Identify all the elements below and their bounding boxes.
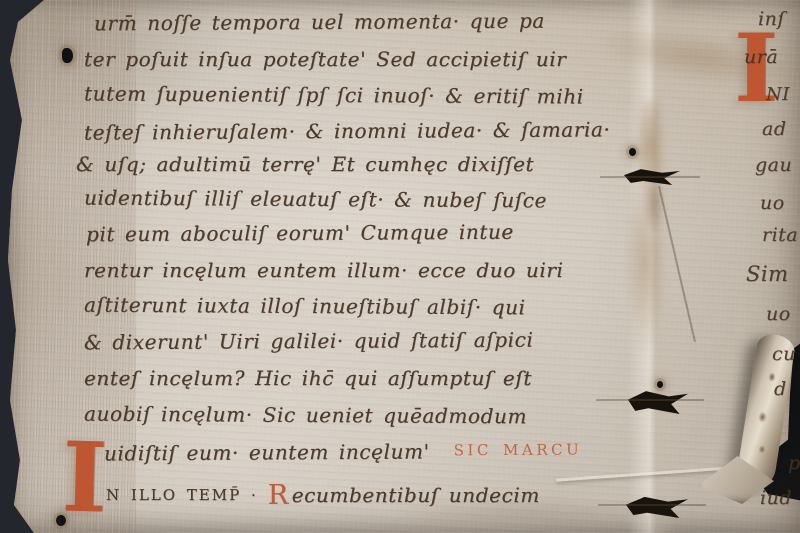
- column-fragment: p: [788, 452, 800, 474]
- text-line: auobiſ incęlum· Sic ueniet quēadmodum: [84, 402, 527, 429]
- text-line: tutem ſupuenientiſ ſpſ ſci inuoſ· & erit…: [84, 81, 584, 108]
- column-fragment: inſ: [758, 8, 785, 30]
- line-text: urm̄ noſſe tempora uel momenta· que pa: [94, 9, 545, 36]
- rubric-sic-marcu: SIC MARCU: [454, 441, 583, 460]
- stitch-crease: [600, 176, 700, 178]
- worm-hole: [62, 48, 73, 63]
- text-line: pit eum aboculiſ eorum' Cumque intue: [86, 220, 514, 247]
- line-text: & dixerunt' Uiri galilei· quid ſtatiſ aſ…: [84, 328, 534, 355]
- text-line: urm̄ noſſe tempora uel momenta· que pa: [94, 9, 545, 36]
- text-line: & dixerunt' Uiri galilei· quid ſtatiſ aſ…: [84, 328, 534, 355]
- line-text: pit eum aboculiſ eorum' Cumque intue: [86, 220, 514, 247]
- column-fragment: d: [774, 378, 787, 400]
- column-fragment: Sim: [746, 262, 789, 286]
- column-fragment: ad: [762, 118, 787, 140]
- column-fragment: NI: [766, 84, 790, 105]
- text-line: uidiſtiſ eum· euntem incęlum'SIC MARCU: [104, 439, 582, 466]
- text-line: rentur incęlum euntem illum· ecce duo ui…: [84, 258, 564, 282]
- incipit-caps: N ILLO TEMP̄ ·: [106, 486, 258, 504]
- text-line: enteſ incęlum? Hic ihc̄ qui aſſumptuſ eſ…: [84, 366, 532, 390]
- line-text: teſteſ inhieruſalem· & inomni iudea· & ſ…: [84, 117, 611, 144]
- text-line: uidentibuſ illiſ eleuatuſ eſt· & nubeſ ſ…: [84, 186, 547, 213]
- text-line: & uſq; adultimū terrę' Et cumhęc dixiſſe…: [76, 152, 534, 176]
- line-text: auobiſ incęlum· Sic ueniet quēadmodum: [84, 402, 527, 429]
- line-text: ecumbentibuſ undecim: [292, 483, 540, 507]
- line-text: rentur incęlum euntem illum· ecce duo ui…: [84, 258, 564, 282]
- red-initial-r: R: [268, 480, 289, 511]
- column-fragment: iud: [760, 487, 792, 509]
- stitch-crease: [598, 504, 706, 506]
- line-text: uidentibuſ illiſ eleuatuſ eſt· & nubeſ ſ…: [84, 186, 547, 213]
- manuscript-photo: urm̄ noſſe tempora uel momenta· que pa t…: [0, 0, 800, 533]
- column-fragment: gau: [755, 154, 792, 176]
- parchment-leaf: urm̄ noſſe tempora uel momenta· que pa t…: [0, 0, 800, 533]
- worm-hole: [657, 381, 663, 388]
- text-line: ter poſuit inſua poteſtate' Sed accipiet…: [84, 47, 566, 71]
- column-fragment: uo: [760, 192, 785, 214]
- stitch-crease: [596, 399, 704, 401]
- column-fragment: cu: [772, 343, 796, 365]
- line-text: aſtiterunt iuxta illoſ inueſtibuſ albiſ·…: [84, 293, 526, 320]
- text-line: teſteſ inhieruſalem· & inomni iudea· & ſ…: [84, 117, 611, 144]
- line-text: enteſ incęlum? Hic ihc̄ qui aſſumptuſ eſ…: [84, 366, 532, 390]
- line-text: ter poſuit inſua poteſtate' Sed accipiet…: [84, 47, 566, 71]
- line-text: uidiſtiſ eum· euntem incęlum': [104, 439, 430, 465]
- red-initial-i-main: I: [61, 433, 108, 522]
- column-fragment: rita: [762, 224, 798, 246]
- line-text: & uſq; adultimū terrę' Et cumhęc dixiſſe…: [76, 152, 534, 176]
- text-line: aſtiterunt iuxta illoſ inueſtibuſ albiſ·…: [84, 293, 526, 320]
- line-text: tutem ſupuenientiſ ſpſ ſci inuoſ· & erit…: [84, 81, 584, 108]
- column-fragment: urā: [744, 46, 778, 68]
- worm-hole: [629, 148, 636, 156]
- worm-hole: [56, 515, 66, 526]
- text-line: N ILLO TEMP̄ ·Recumbentibuſ undecim: [106, 478, 540, 509]
- column-fragment: uo: [766, 303, 791, 325]
